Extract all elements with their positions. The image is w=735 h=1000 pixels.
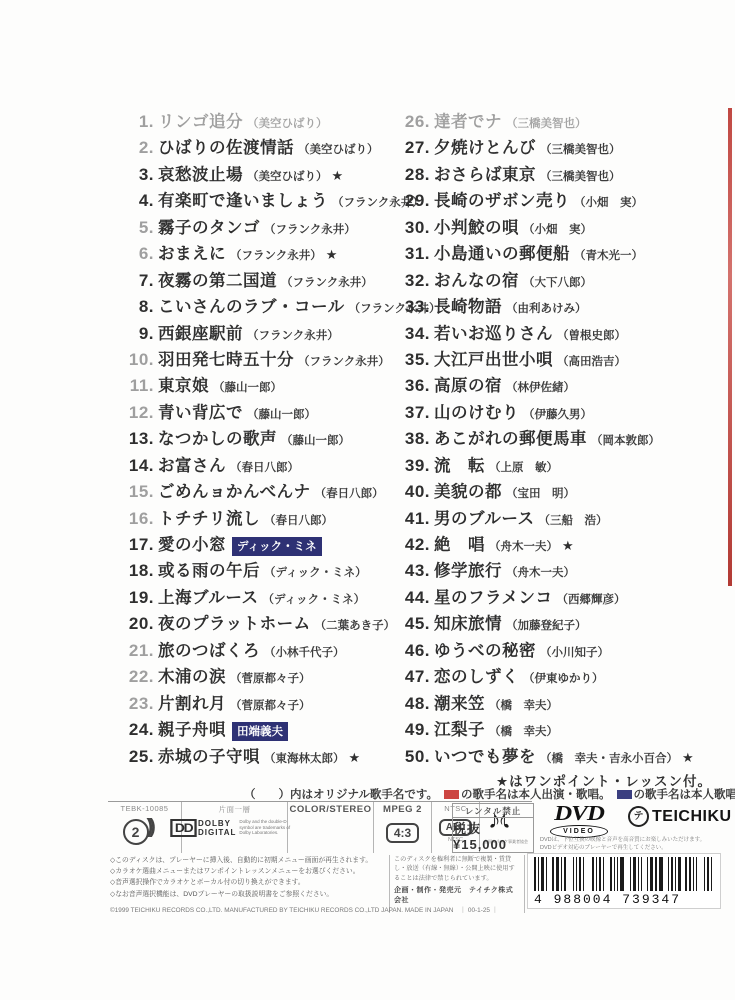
track-title: 絶 唱 (434, 531, 485, 555)
star-marker: ★ (562, 538, 574, 554)
track-title: 星のフラメンコ (434, 584, 553, 608)
track-artist: （ディック・ミネ） (264, 564, 367, 580)
track-row: 17.愛の小窓ディック・ミネ (118, 531, 396, 557)
dolby-dd-icon: DD (170, 819, 197, 837)
track-title: 片割れ月 (158, 690, 226, 714)
track-artist: （二葉あき子） (315, 617, 396, 633)
track-row: 28.おさらば東京（三橋美智也） (394, 161, 724, 187)
track-title: トチチリ流し (158, 505, 260, 529)
track-title: 小島通いの郵便船 (434, 240, 570, 264)
track-number: 8. (118, 297, 158, 317)
track-number: 49. (394, 720, 434, 740)
track-row: 27.夕焼けとんび（三橋美智也） (394, 134, 724, 160)
track-title: ごめんョかんべんナ (158, 478, 311, 502)
track-number: 39. (394, 456, 434, 476)
track-number: 1. (118, 112, 158, 132)
track-row: 16.トチチリ流し（春日八郎） (118, 505, 396, 531)
track-row: 32.おんなの宿（大下八郎） (394, 267, 724, 293)
track-artist: （岡本敦郎） (591, 432, 660, 448)
star-marker: ★ (332, 168, 344, 184)
track-row: 44.星のフラメンコ（西郷輝彦） (394, 584, 724, 610)
track-artist: （舟木一夫） (489, 538, 558, 554)
track-title: 美貌の都 (434, 478, 502, 502)
track-artist: （ディック・ミネ） (263, 591, 366, 607)
track-row: 31.小島通いの郵便船（青木光一） (394, 240, 724, 266)
track-row: 22.木浦の涙（菅原都々子） (118, 663, 396, 689)
player-instructions: ◇このディスクは、プレーヤーに挿入後、自動的に初期メニュー画面が再生されます。 … (110, 855, 386, 900)
track-number: 25. (118, 747, 158, 767)
track-number: 9. (118, 324, 158, 344)
track-number: 18. (118, 561, 158, 581)
track-number: 15. (118, 482, 158, 502)
track-title: 若いお巡りさん (434, 320, 553, 344)
dvd-video-logo: DVD VIDEO (540, 803, 618, 838)
track-row: 8.こいさんのラブ・コール（フランク永井） (118, 293, 396, 319)
track-title: お富さん (158, 452, 226, 476)
publisher-line: 企画・制作・発売元 テイチク株式会社 (394, 886, 520, 907)
track-artist: （三船 浩） (539, 512, 608, 528)
track-number: 7. (118, 271, 158, 291)
track-artist: （春日八郎） (264, 512, 333, 528)
dvd-back-cover: 1.リンゴ追分（美空ひばり）2.ひばりの佐渡情話（美空ひばり）3.哀愁波止場（美… (0, 0, 735, 1000)
track-number: 47. (394, 667, 434, 687)
track-artist: （橋 幸夫） (489, 723, 558, 739)
aspect-ratio-badge: 4:3 (386, 823, 419, 843)
track-row: 11.東京娘（藤山一郎） (118, 372, 396, 398)
track-row: 25.赤城の子守唄（東海林太郎）★ (118, 743, 396, 769)
track-number: 14. (118, 456, 158, 476)
track-number: 13. (118, 429, 158, 449)
track-row: 33.長崎物語（由利あけみ） (394, 293, 724, 319)
track-artist: （春日八郎） (315, 485, 384, 501)
track-row: 29.長崎のザボン売り（小畑 実） (394, 187, 724, 213)
track-title: 木浦の涙 (158, 663, 226, 687)
track-title: 高原の宿 (434, 372, 502, 396)
track-number: 24. (118, 720, 158, 740)
price-label: 税抜¥15,000 (453, 818, 533, 852)
track-row: 43.修学旅行（舟木一夫） (394, 557, 724, 583)
track-number: 16. (118, 509, 158, 529)
track-title: こいさんのラブ・コール (158, 293, 345, 317)
track-row: 21.旅のつばくろ（小林千代子） (118, 637, 396, 663)
tracklist-column-left: 1.リンゴ追分（美空ひばり）2.ひばりの佐渡情話（美空ひばり）3.哀愁波止場（美… (118, 108, 396, 769)
track-title: 修学旅行 (434, 557, 502, 581)
track-title: 潮来笠 (434, 690, 485, 714)
track-number: 30. (394, 218, 434, 238)
track-artist: （藤山一郎） (213, 379, 282, 395)
track-artist: （加藤登紀子） (506, 617, 587, 633)
track-row: 26.達者でナ（三橋美智也） (394, 108, 724, 134)
track-artist: （小畑 実） (574, 194, 643, 210)
track-number: 45. (394, 614, 434, 634)
track-row: 7.夜霧の第二国道（フランク永井） (118, 267, 396, 293)
track-number: 36. (394, 376, 434, 396)
track-row: 20.夜のプラットホーム（二葉あき子） (118, 610, 396, 636)
track-row: 50.いつでも夢を（橋 幸夫・吉永小百合）★ (394, 743, 724, 769)
track-number: 3. (118, 165, 158, 185)
track-artist: （大下八郎） (523, 274, 592, 290)
disc-format-label: 片面一層 (219, 804, 251, 815)
track-number: 48. (394, 694, 434, 714)
track-number: 32. (394, 271, 434, 291)
track-row: 24.親子舟唄田端義夫 (118, 716, 396, 742)
star-marker: ★ (349, 750, 361, 766)
track-artist: （美空ひばり） (298, 141, 379, 157)
spec-color-cell: COLOR/STEREO (288, 802, 374, 853)
track-title: 男のブルース (434, 505, 535, 529)
dolby-digital-logo: DD DOLBY DIGITAL Dolby and the double-D … (172, 819, 298, 837)
track-artist: （橋 幸夫・吉永小百合） (540, 750, 678, 766)
track-title: 有楽町で逢いましょう (158, 187, 328, 211)
track-title: 青い背広で (158, 399, 243, 423)
track-artist: （宝田 明） (506, 485, 575, 501)
track-row: 3.哀愁波止場（美空ひばり）★ (118, 161, 396, 187)
track-title: 大江戸出世小唄 (434, 346, 553, 370)
track-artist: （高田浩吉） (557, 353, 626, 369)
teichiku-mark-icon: テ (628, 806, 649, 827)
track-row: 42.絶 唱（舟木一夫）★ (394, 531, 724, 557)
track-artist: （三橋美智也） (506, 115, 587, 131)
track-number: 26. (394, 112, 434, 132)
track-artist: （フランク永井） (230, 247, 322, 263)
track-artist: （美空ひばり） (247, 115, 328, 131)
track-title: 赤城の子守唄 (158, 743, 260, 767)
track-artist: （藤山一郎） (281, 432, 350, 448)
track-number: 33. (394, 297, 434, 317)
track-title: 上海ブルース (158, 584, 259, 608)
track-number: 23. (118, 694, 158, 714)
track-number: 5. (118, 218, 158, 238)
track-row: 23.片割れ月（菅原都々子） (118, 690, 396, 716)
track-title: 親子舟唄 (158, 716, 226, 740)
spec-mpeg-cell: MPEG 2 4:3 (374, 802, 432, 853)
track-row: 41.男のブルース（三船 浩） (394, 505, 724, 531)
track-title: 山のけむり (434, 399, 519, 423)
track-title: ひばりの佐渡情話 (158, 134, 294, 158)
track-artist: ディック・ミネ (232, 537, 322, 556)
track-title: 恋のしずく (434, 663, 519, 687)
track-artist: （小川知子） (540, 644, 609, 660)
track-number: 35. (394, 350, 434, 370)
codec-label: MPEG 2 (383, 804, 422, 815)
track-row: 10.羽田発七時五十分（フランク永井） (118, 346, 396, 372)
track-title: 西銀座駅前 (158, 320, 243, 344)
track-artist: （由利あけみ） (506, 300, 587, 316)
track-artist: （フランク永井） (281, 274, 373, 290)
track-artist: （三橋美智也） (540, 141, 621, 157)
track-number: 12. (118, 403, 158, 423)
copyright-line: ©1999 TEICHIKU RECORDS CO.,LTD. MANUFACT… (110, 905, 540, 914)
track-title: 夜のプラットホーム (158, 610, 311, 634)
red-note: の歌手名は本人出演・歌唱。 (461, 789, 611, 801)
region-2-icon: 2 )) (123, 819, 167, 845)
barcode: 4 988004 739347 (527, 853, 721, 909)
track-artist: （東海林太郎） (264, 750, 345, 766)
track-number: 27. (394, 138, 434, 158)
track-number: 6. (118, 244, 158, 264)
track-title: 哀愁波止場 (158, 161, 243, 185)
track-artist: （フランク永井） (264, 221, 356, 237)
track-number: 31. (394, 244, 434, 264)
track-number: 37. (394, 403, 434, 423)
track-artist: 田端義夫 (232, 722, 288, 741)
track-number: 19. (118, 588, 158, 608)
track-row: 47.恋のしずく（伊東ゆかり） (394, 663, 724, 689)
track-row: 49.江梨子（橋 幸夫） (394, 716, 724, 742)
track-title: ゆうべの秘密 (434, 637, 536, 661)
track-artist: （伊藤久男） (523, 406, 592, 422)
track-number: 4. (118, 191, 158, 211)
track-row: 15.ごめんョかんべんナ（春日八郎） (118, 478, 396, 504)
track-number: 43. (394, 561, 434, 581)
track-title: 流 転 (434, 452, 485, 476)
track-number: 34. (394, 324, 434, 344)
track-artist: （春日八郎） (230, 459, 299, 475)
artist-legend: （ ）内はオリジナル歌手名です。の歌手名は本人出演・歌唱。の歌手名は本人歌唱 (244, 786, 719, 802)
track-number: 21. (118, 641, 158, 661)
track-number: 22. (118, 667, 158, 687)
red-legend-square (444, 790, 459, 799)
blue-note: の歌手名は本人歌唱 (634, 789, 735, 801)
track-row: 39.流 転（上原 敏） (394, 452, 724, 478)
track-title: 霧子のタンゴ (158, 214, 260, 238)
track-artist: （三橋美智也） (540, 168, 621, 184)
star-marker: ★ (682, 750, 694, 766)
track-row: 36.高原の宿（林伊佐緒） (394, 372, 724, 398)
track-row: 30.小判鮫の唄（小畑 実） (394, 214, 724, 240)
track-number: 28. (394, 165, 434, 185)
tracklist-column-right: 26.達者でナ（三橋美智也）27.夕焼けとんび（三橋美智也）28.おさらば東京（… (394, 108, 724, 769)
track-number: 50. (394, 747, 434, 767)
catalog-number: TEBK-10085 (121, 804, 169, 813)
track-row: 46.ゆうべの秘密（小川知子） (394, 637, 724, 663)
track-title: 長崎物語 (434, 293, 502, 317)
dvd-note-text: DVDは、下位互換の映像と音声を高音質にお楽しみいただけます。 DVDビデオ対応… (540, 836, 720, 853)
track-title: 羽田発七時五十分 (158, 346, 294, 370)
star-marker: ★ (326, 247, 338, 263)
paren-note: （ ）内はオリジナル歌手名です。 (244, 789, 438, 801)
track-artist: （菅原都々子） (230, 670, 311, 686)
track-artist: （青木光一） (574, 247, 643, 263)
track-title: おさらば東京 (434, 161, 536, 185)
track-title: おまえに (158, 240, 226, 264)
teichiku-logo: テ TEICHIKU (628, 806, 732, 827)
barcode-digits: 4 988004 739347 (534, 892, 714, 907)
track-title: あこがれの郵便馬車 (434, 425, 587, 449)
track-number: 11. (118, 376, 158, 396)
track-title: 江梨子 (434, 716, 485, 740)
track-title: 東京娘 (158, 372, 209, 396)
track-title: 長崎のザボン売り (434, 187, 570, 211)
track-title: 愛の小窓 (158, 531, 226, 555)
rental-prohibited-label: レンタル禁止 (453, 804, 533, 818)
price-box: レンタル禁止 税抜¥15,000 (452, 803, 534, 853)
red-spine-edge (728, 108, 732, 586)
track-row: 9.西銀座駅前（フランク永井） (118, 320, 396, 346)
track-title: いつでも夢を (434, 743, 536, 767)
track-number: 20. (118, 614, 158, 634)
track-title: おんなの宿 (434, 267, 519, 291)
track-row: 5.霧子のタンゴ（フランク永井） (118, 214, 396, 240)
track-number: 29. (394, 191, 434, 211)
spec-dolby-cell: 片面一層 DD DOLBY DIGITAL Dolby and the doub… (182, 802, 288, 853)
track-number: 46. (394, 641, 434, 661)
track-number: 2. (118, 138, 158, 158)
track-row: 6.おまえに（フランク永井）★ (118, 240, 396, 266)
track-artist: （西郷輝彦） (557, 591, 626, 607)
track-row: 13.なつかしの歌声（藤山一郎） (118, 425, 396, 451)
track-artist: （上原 敏） (489, 459, 558, 475)
track-row: 18.或る雨の午后（ディック・ミネ） (118, 557, 396, 583)
track-artist: （フランク永井） (298, 353, 390, 369)
track-title: 達者でナ (434, 108, 502, 132)
color-stereo-label: COLOR/STEREO (289, 804, 371, 815)
track-row: 12.青い背広で（藤山一郎） (118, 399, 396, 425)
track-row: 35.大江戸出世小唄（高田浩吉） (394, 346, 724, 372)
track-artist: （橋 幸夫） (489, 697, 558, 713)
track-artist: （フランク永井） (247, 327, 339, 343)
track-artist: （小畑 実） (523, 221, 592, 237)
track-row: 4.有楽町で逢いましょう（フランク永井） (118, 187, 396, 213)
track-row: 40.美貌の都（宝田 明） (394, 478, 724, 504)
track-row: 45.知床旅情（加藤登紀子） (394, 610, 724, 636)
track-row: 48.潮来笠（橋 幸夫） (394, 690, 724, 716)
track-artist: （藤山一郎） (247, 406, 316, 422)
track-row: 14.お富さん（春日八郎） (118, 452, 396, 478)
track-title: なつかしの歌声 (158, 425, 277, 449)
track-row: 19.上海ブルース（ディック・ミネ） (118, 584, 396, 610)
blue-legend-square (617, 790, 632, 799)
track-artist: （美空ひばり） (247, 168, 328, 184)
track-row: 2.ひばりの佐渡情話（美空ひばり） (118, 134, 396, 160)
track-number: 40. (394, 482, 434, 502)
track-title: 知床旅情 (434, 610, 502, 634)
track-row: 34.若いお巡りさん（曽根史郎） (394, 320, 724, 346)
track-number: 41. (394, 509, 434, 529)
track-row: 1.リンゴ追分（美空ひばり） (118, 108, 396, 134)
track-number: 17. (118, 535, 158, 555)
track-artist: （舟木一夫） (506, 564, 575, 580)
barcode-bars (534, 857, 714, 891)
track-number: 10. (118, 350, 158, 370)
track-row: 37.山のけむり（伊藤久男） (394, 399, 724, 425)
track-title: リンゴ追分 (158, 108, 243, 132)
track-number: 44. (394, 588, 434, 608)
track-number: 42. (394, 535, 434, 555)
track-title: 夕焼けとんび (434, 134, 536, 158)
track-title: 旅のつばくろ (158, 637, 260, 661)
track-artist: （林伊佐緒） (506, 379, 575, 395)
track-title: 或る雨の午后 (158, 557, 260, 581)
track-artist: （曽根史郎） (557, 327, 626, 343)
track-artist: （小林千代子） (264, 644, 345, 660)
track-title: 小判鮫の唄 (434, 214, 519, 238)
track-number: 38. (394, 429, 434, 449)
track-row: 38.あこがれの郵便馬車（岡本敦郎） (394, 425, 724, 451)
track-title: 夜霧の第二国道 (158, 267, 277, 291)
track-artist: （伊東ゆかり） (523, 670, 604, 686)
track-artist: （菅原都々子） (230, 697, 311, 713)
